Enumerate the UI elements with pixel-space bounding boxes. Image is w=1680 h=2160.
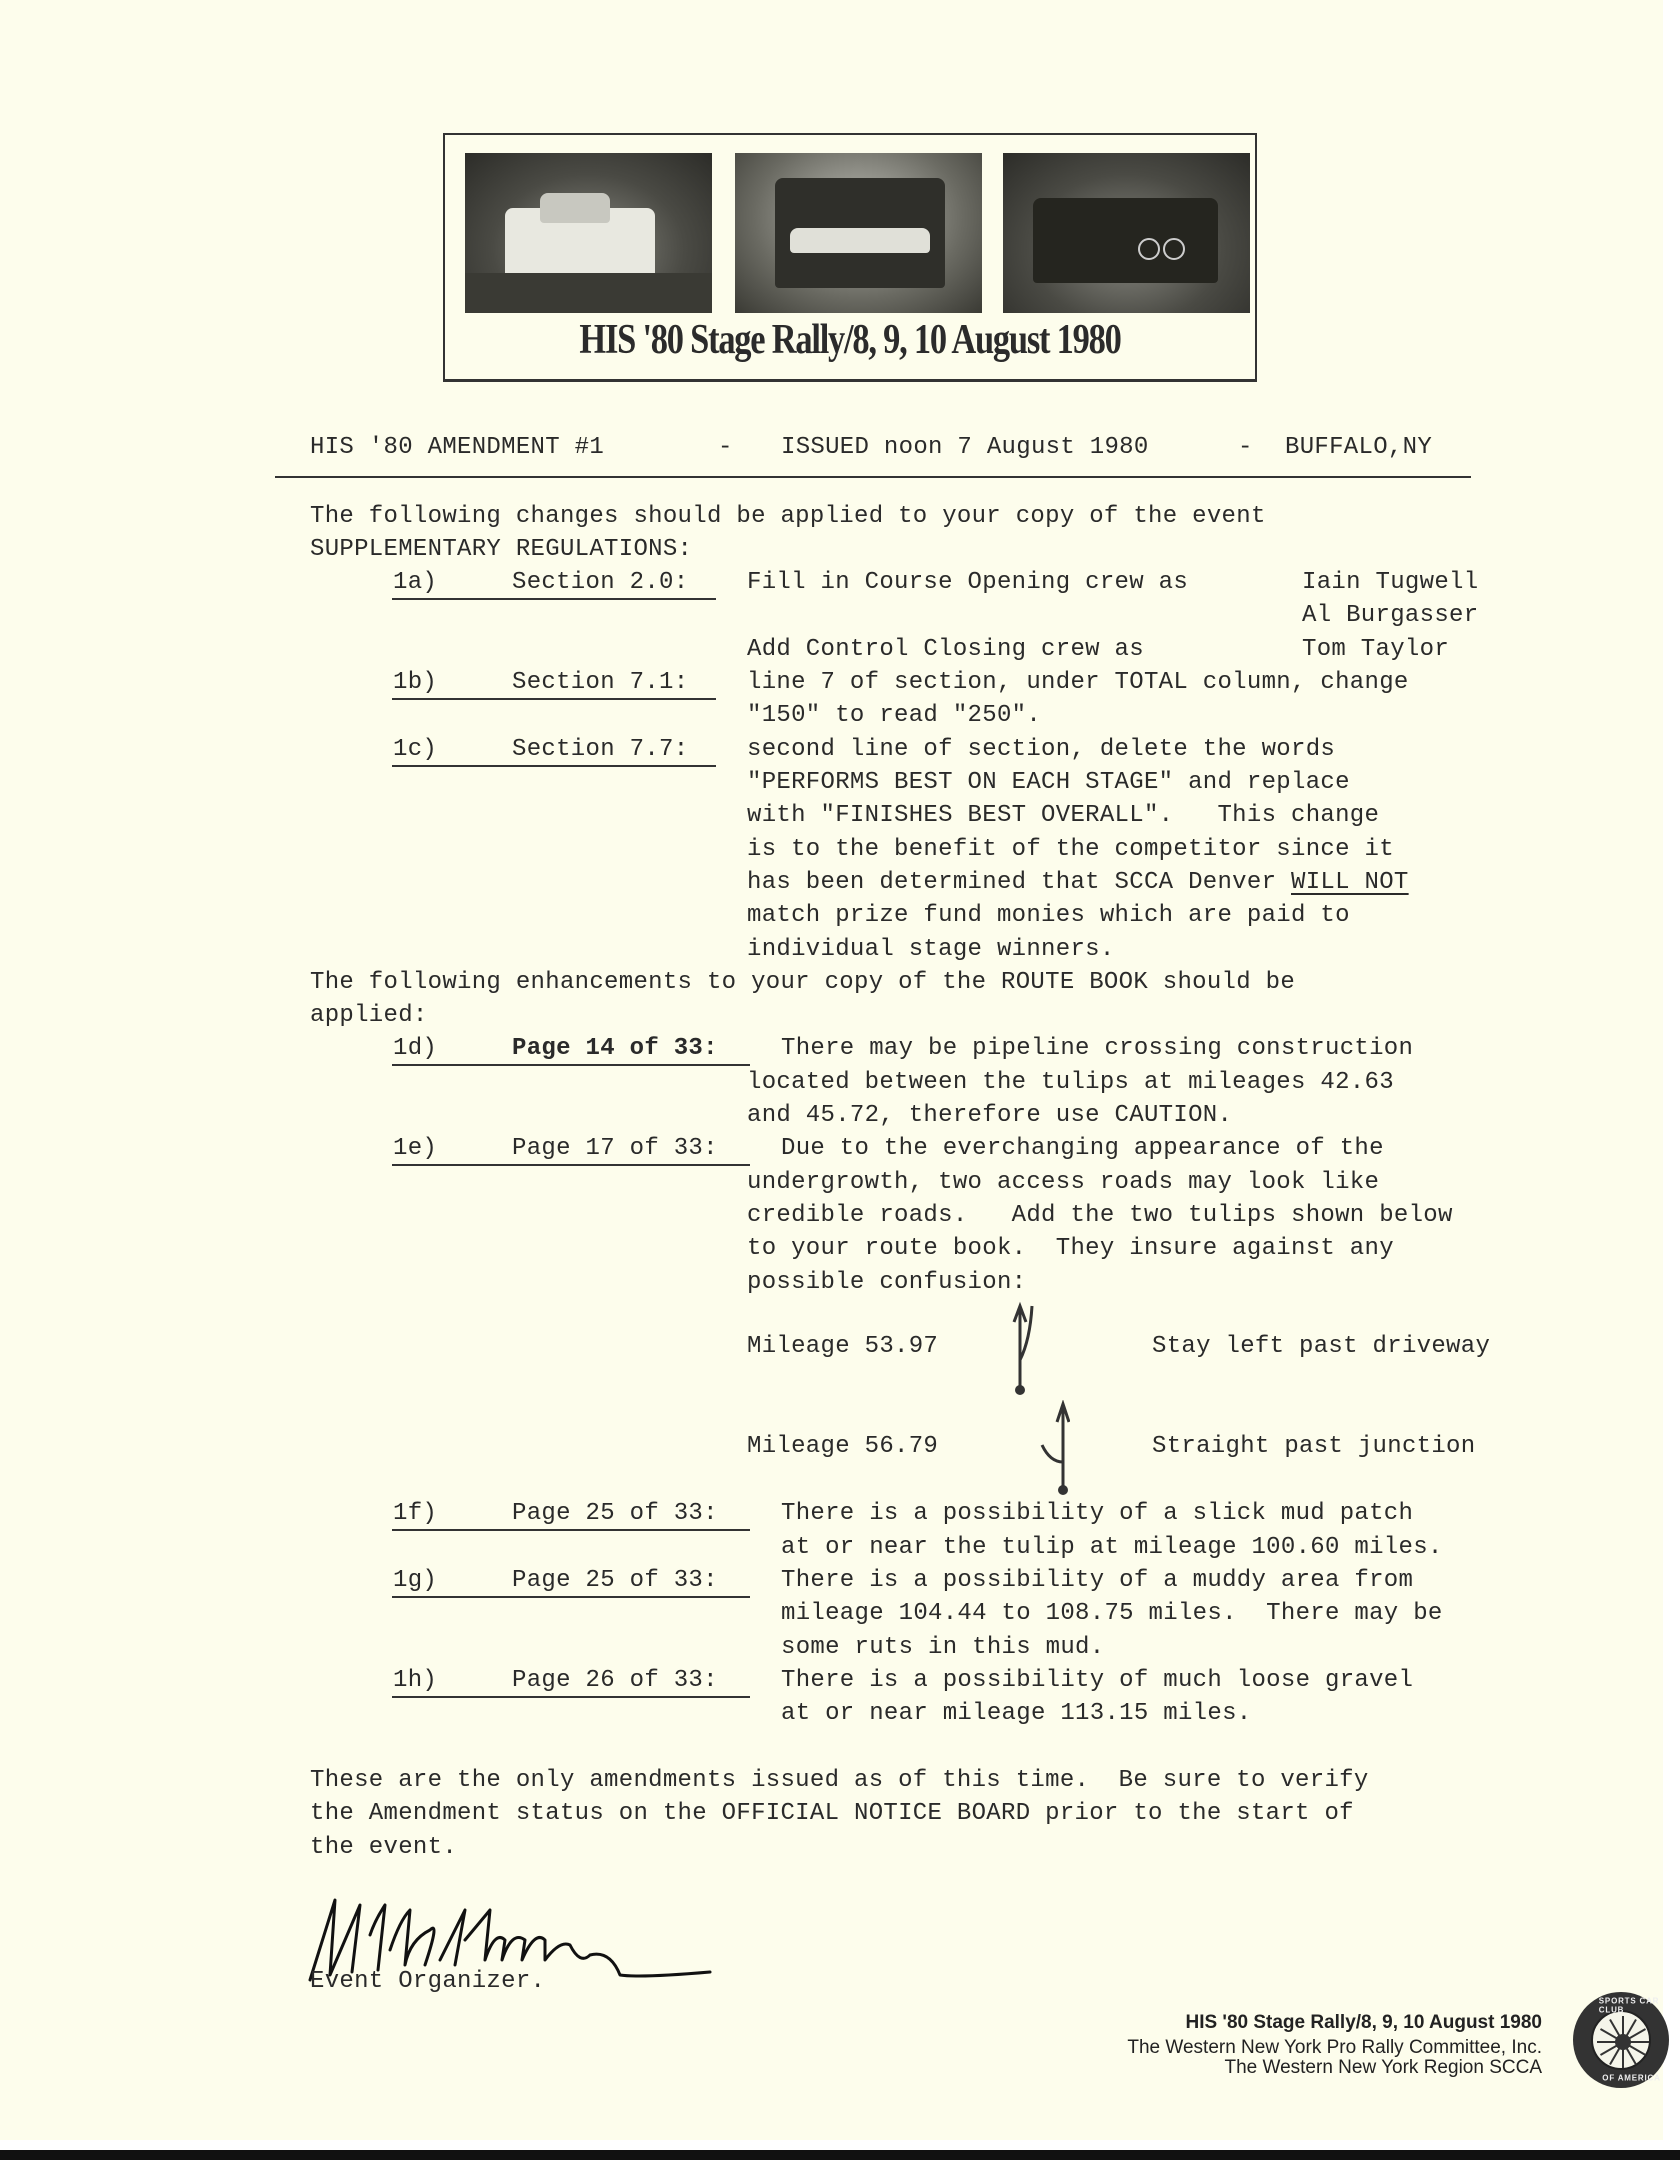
amendment-name: HIS '80 AMENDMENT #1 [310, 434, 604, 461]
item-text-line: There is a possibility of a muddy area f… [781, 1567, 1413, 1594]
closing-line-3: the event. [310, 1834, 457, 1861]
intro-route-line-1: The following enhancements to your copy … [310, 969, 1295, 996]
event-banner: HIS '80 Stage Rally/8, 9, 10 August 1980 [443, 133, 1257, 382]
item-text-line: match prize fund monies which are paid t… [747, 902, 1350, 929]
item-text-line: "PERFORMS BEST ON EACH STAGE" and replac… [747, 769, 1350, 796]
item-ref: Section 7.1: [512, 669, 688, 696]
seal-text-top: SPORTS CAR CLUB [1599, 1997, 1661, 2015]
item-ref: Section 2.0: [512, 569, 688, 596]
issued-date: ISSUED noon 7 August 1980 [781, 434, 1149, 461]
item-text-line: is to the benefit of the competitor sinc… [747, 836, 1394, 863]
item-text-line: has been determined that SCCA Denver WIL… [747, 869, 1409, 896]
item-underline [392, 1696, 750, 1698]
item-text-line: "150" to read "250". [747, 702, 1041, 729]
item-text-line: There may be pipeline crossing construct… [781, 1035, 1413, 1062]
signature-title: Event Organizer. [310, 1968, 545, 1995]
footer-event-title: HIS '80 Stage Rally/8, 9, 10 August 1980 [1185, 2012, 1542, 2034]
item-underline [392, 698, 716, 700]
item-text-line: Due to the everchanging appearance of th… [781, 1135, 1384, 1162]
item-ref: Section 7.7: [512, 736, 688, 763]
item-text-line: at or near mileage 113.15 miles. [781, 1700, 1251, 1727]
item-ref: Page 25 of 33: [512, 1567, 718, 1594]
item-text-line: second line of section, delete the words [747, 736, 1335, 763]
rally-car-photo-3 [1003, 153, 1250, 313]
document-page: HIS '80 Stage Rally/8, 9, 10 August 1980… [0, 0, 1663, 2140]
item-id: 1d) [393, 1035, 437, 1062]
item-id: 1h) [393, 1667, 437, 1694]
intro-regs-line-2: SUPPLEMENTARY REGULATIONS: [310, 536, 692, 563]
issued-location: BUFFALO,NY [1285, 434, 1432, 461]
item-ref: Page 26 of 33: [512, 1667, 718, 1694]
item-text-line: and 45.72, therefore use CAUTION. [747, 1102, 1232, 1129]
footer-committee: The Western New York Pro Rally Committee… [1127, 2037, 1542, 2059]
item-text-line: There is a possibility of a slick mud pa… [781, 1500, 1413, 1527]
item-text-line: with "FINISHES BEST OVERALL". This chang… [747, 802, 1379, 829]
crew-name: Iain Tugwell [1302, 569, 1478, 596]
tulip-instruction: Straight past junction [1152, 1433, 1475, 1460]
tulip-straight-junction-icon [1010, 1400, 1070, 1500]
item-id: 1a) [393, 569, 437, 596]
item-id: 1g) [393, 1567, 437, 1594]
item-text-line: to your route book. They insure against … [747, 1235, 1394, 1262]
scca-seal-icon: SPORTS CAR CLUB OF AMERICA [1573, 1992, 1669, 2088]
item-text-segment: has been determined that SCCA Denver [747, 869, 1291, 896]
tulip-keep-left-icon [1000, 1300, 1060, 1400]
item-ref: Page 17 of 33: [512, 1135, 718, 1162]
item-text-line: located between the tulips at mileages 4… [747, 1069, 1394, 1096]
intro-regs-line-1: The following changes should be applied … [310, 503, 1266, 530]
item-text-line: some ruts in this mud. [781, 1634, 1104, 1661]
item-text-line: Fill in Course Opening crew as [747, 569, 1188, 596]
item-text-line: mileage 104.44 to 108.75 miles. There ma… [781, 1600, 1443, 1627]
item-underline [392, 765, 716, 767]
item-text-line: undergrowth, two access roads may look l… [747, 1169, 1379, 1196]
item-underline [392, 1529, 750, 1531]
item-text-line: Add Control Closing crew as [747, 636, 1144, 663]
item-underline [392, 598, 716, 600]
item-underline [392, 1164, 750, 1166]
scan-edge [0, 2150, 1680, 2160]
item-id: 1f) [393, 1500, 437, 1527]
closing-line-1: These are the only amendments issued as … [310, 1767, 1369, 1794]
item-id: 1b) [393, 669, 437, 696]
separator: - [718, 434, 733, 461]
tulip-instruction: Stay left past driveway [1152, 1333, 1490, 1360]
item-text-line: at or near the tulip at mileage 100.60 m… [781, 1534, 1443, 1561]
item-ref: Page 25 of 33: [512, 1500, 718, 1527]
item-text-line: individual stage winners. [747, 936, 1115, 963]
item-underline [392, 1596, 750, 1598]
item-id: 1c) [393, 736, 437, 763]
item-text-line: line 7 of section, under TOTAL column, c… [747, 669, 1409, 696]
banner-title: HIS '80 Stage Rally/8, 9, 10 August 1980 [518, 316, 1182, 364]
header-rule [275, 476, 1471, 478]
emphasis-will-not: WILL NOT [1291, 869, 1409, 896]
tulip-mileage: Mileage 56.79 [747, 1433, 938, 1460]
seal-text-bottom: OF AMERICA [1602, 2074, 1660, 2083]
closing-line-2: the Amendment status on the OFFICIAL NOT… [310, 1800, 1354, 1827]
tulip-mileage: Mileage 53.97 [747, 1333, 938, 1360]
rally-car-photo-2 [735, 153, 982, 313]
item-id: 1e) [393, 1135, 437, 1162]
item-text-line: There is a possibility of much loose gra… [781, 1667, 1413, 1694]
item-underline [392, 1064, 750, 1066]
footer-region: The Western New York Region SCCA [1224, 2057, 1542, 2079]
item-text-line: possible confusion: [747, 1269, 1026, 1296]
crew-name: Tom Taylor [1302, 636, 1449, 663]
item-text-line: credible roads. Add the two tulips shown… [747, 1202, 1453, 1229]
crew-name: Al Burgasser [1302, 602, 1478, 629]
item-ref: Page 14 of 33: [512, 1035, 718, 1062]
rally-car-photo-1 [465, 153, 712, 313]
separator: - [1238, 434, 1253, 461]
intro-route-line-2: applied: [310, 1002, 428, 1029]
